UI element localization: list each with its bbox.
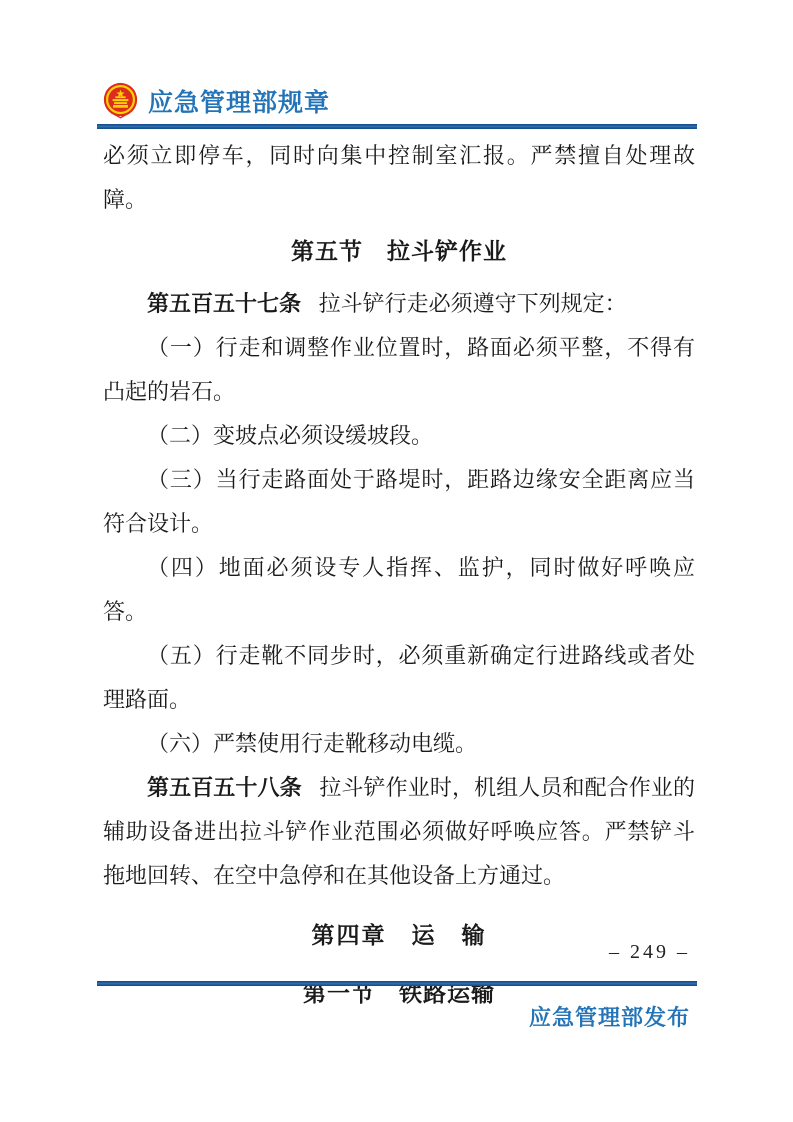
footer-rule [97,981,697,986]
list-item-3: （三）当行走路面处于路堤时，距路边缘安全距离应当符合设计。 [103,458,695,546]
list-item-2: （二）变坡点必须设缓坡段。 [103,414,695,458]
document-body: 必须立即停车，同时向集中控制室汇报。严禁擅自处理故障。 第五节 拉斗铲作业 第五… [103,134,695,1016]
list-item-1: （一）行走和调整作业位置时，路面必须平整，不得有凸起的岩石。 [103,326,695,414]
page-number: – 249 – [609,941,690,964]
list-item-5: （五）行走靴不同步时，必须重新确定行进路线或者处理路面。 [103,634,695,722]
article-558-number: 第五百五十八条 [147,775,302,800]
article-558-paragraph: 第五百五十八条拉斗铲作业时，机组人员和配合作业的辅助设备进出拉斗铲作业范围必须做… [103,766,695,898]
list-item-6: （六）严禁使用行走靴移动电缆。 [103,722,695,766]
national-emblem-icon [102,82,139,119]
article-557-paragraph: 第五百五十七条拉斗铲行走必须遵守下列规定： [103,282,695,326]
article-557-number: 第五百五十七条 [147,291,301,316]
publisher-label: 应急管理部发布 [529,1001,690,1032]
document-page: 应急管理部规章 必须立即停车，同时向集中控制室汇报。严禁擅自处理故障。 第五节 … [0,0,793,1122]
page-header: 应急管理部规章 [102,82,330,119]
header-rule [97,124,697,129]
paragraph-continuation: 必须立即停车，同时向集中控制室汇报。严禁擅自处理故障。 [103,134,695,222]
list-item-4: （四）地面必须设专人指挥、监护，同时做好呼唤应答。 [103,546,695,634]
header-title: 应急管理部规章 [148,83,330,119]
article-557-text: 拉斗铲行走必须遵守下列规定： [319,291,627,316]
section-5-heading: 第五节 拉斗铲作业 [103,230,695,274]
chapter-4-heading: 第四章 运 输 [103,914,695,958]
